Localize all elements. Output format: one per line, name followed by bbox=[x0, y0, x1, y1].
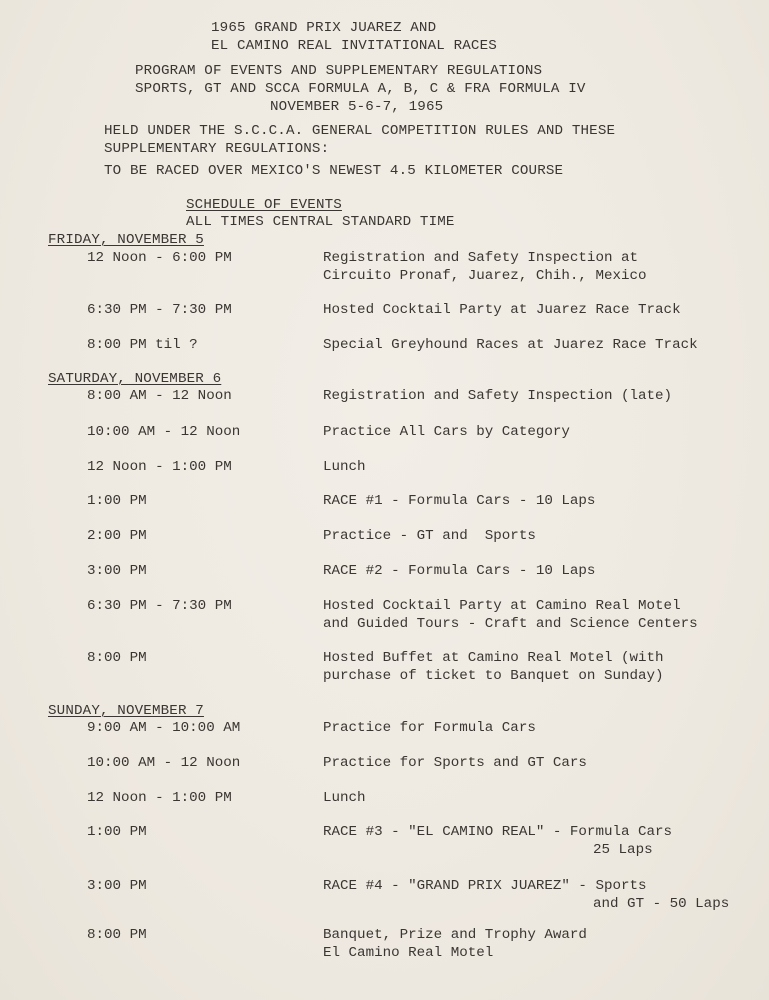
subtitle-line-1: PROGRAM OF EVENTS AND SUPPLEMENTARY REGU… bbox=[135, 63, 542, 80]
event-description: Hosted Cocktail Party at Camino Real Mot… bbox=[323, 598, 698, 633]
event-description-line: Lunch bbox=[323, 459, 366, 477]
event-time: 12 Noon - 1:00 PM bbox=[87, 459, 232, 476]
event-description: Registration and Safety Inspection (late… bbox=[323, 388, 672, 406]
rules-line-2: SUPPLEMENTARY REGULATIONS: bbox=[104, 141, 329, 158]
timezone-note: ALL TIMES CENTRAL STANDARD TIME bbox=[186, 214, 455, 231]
event-description-line: Hosted Cocktail Party at Camino Real Mot… bbox=[323, 598, 698, 616]
event-time: 8:00 PM bbox=[87, 650, 147, 667]
event-description: Practice for Formula Cars bbox=[323, 720, 536, 738]
event-description-line: and GT - 50 Laps bbox=[323, 896, 729, 914]
event-description: RACE #4 - "GRAND PRIX JUAREZ" - Sportsan… bbox=[323, 878, 729, 913]
rules-line-1: HELD UNDER THE S.C.C.A. GENERAL COMPETIT… bbox=[104, 123, 615, 140]
event-time: 6:30 PM - 7:30 PM bbox=[87, 598, 232, 615]
event-dates: NOVEMBER 5-6-7, 1965 bbox=[270, 99, 443, 116]
event-time: 3:00 PM bbox=[87, 878, 147, 895]
event-description-line: Lunch bbox=[323, 790, 366, 808]
event-time: 10:00 AM - 12 Noon bbox=[87, 424, 240, 441]
event-description: Special Greyhound Races at Juarez Race T… bbox=[323, 337, 698, 355]
event-description: RACE #1 - Formula Cars - 10 Laps bbox=[323, 493, 595, 511]
day-heading: SATURDAY, NOVEMBER 6 bbox=[48, 371, 221, 388]
event-time: 1:00 PM bbox=[87, 493, 147, 510]
event-description: Practice for Sports and GT Cars bbox=[323, 755, 587, 773]
event-description-line: RACE #4 - "GRAND PRIX JUAREZ" - Sports bbox=[323, 878, 729, 896]
event-time: 2:00 PM bbox=[87, 528, 147, 545]
event-description: Lunch bbox=[323, 459, 366, 477]
day-heading: SUNDAY, NOVEMBER 7 bbox=[48, 703, 204, 720]
event-description-line: Practice - GT and Sports bbox=[323, 528, 536, 546]
event-time: 9:00 AM - 10:00 AM bbox=[87, 720, 240, 737]
event-description: Hosted Buffet at Camino Real Motel (with… bbox=[323, 650, 664, 685]
event-description: Practice - GT and Sports bbox=[323, 528, 536, 546]
event-time: 1:00 PM bbox=[87, 824, 147, 841]
event-time: 6:30 PM - 7:30 PM bbox=[87, 302, 232, 319]
event-description-line: El Camino Real Motel bbox=[323, 945, 587, 963]
event-description-line: RACE #1 - Formula Cars - 10 Laps bbox=[323, 493, 595, 511]
event-time: 8:00 PM bbox=[87, 927, 147, 944]
event-time: 12 Noon - 6:00 PM bbox=[87, 250, 232, 267]
event-description-line: Hosted Cocktail Party at Juarez Race Tra… bbox=[323, 302, 681, 320]
event-description-line: RACE #2 - Formula Cars - 10 Laps bbox=[323, 563, 595, 581]
event-description-line: Practice for Formula Cars bbox=[323, 720, 536, 738]
course-statement: TO BE RACED OVER MEXICO'S NEWEST 4.5 KIL… bbox=[104, 163, 563, 180]
event-description: Lunch bbox=[323, 790, 366, 808]
event-description-line: Special Greyhound Races at Juarez Race T… bbox=[323, 337, 698, 355]
event-description-line: purchase of ticket to Banquet on Sunday) bbox=[323, 668, 664, 686]
event-description-line: Registration and Safety Inspection at bbox=[323, 250, 647, 268]
event-description-line: Circuito Pronaf, Juarez, Chih., Mexico bbox=[323, 268, 647, 286]
event-description: Registration and Safety Inspection atCir… bbox=[323, 250, 647, 285]
event-description-line: and Guided Tours - Craft and Science Cen… bbox=[323, 616, 698, 634]
event-description-line: Banquet, Prize and Trophy Award bbox=[323, 927, 587, 945]
title-line-1: 1965 GRAND PRIX JUAREZ AND bbox=[211, 20, 436, 37]
event-description-line: Hosted Buffet at Camino Real Motel (with bbox=[323, 650, 664, 668]
day-heading: FRIDAY, NOVEMBER 5 bbox=[48, 232, 204, 249]
event-description-line: Practice for Sports and GT Cars bbox=[323, 755, 587, 773]
event-description-line: 25 Laps bbox=[323, 842, 672, 860]
event-description: Practice All Cars by Category bbox=[323, 424, 570, 442]
event-description: RACE #2 - Formula Cars - 10 Laps bbox=[323, 563, 595, 581]
schedule-heading: SCHEDULE OF EVENTS bbox=[186, 197, 342, 214]
event-time: 10:00 AM - 12 Noon bbox=[87, 755, 240, 772]
event-description: RACE #3 - "EL CAMINO REAL" - Formula Car… bbox=[323, 824, 672, 859]
event-description-line: Registration and Safety Inspection (late… bbox=[323, 388, 672, 406]
event-description-line: Practice All Cars by Category bbox=[323, 424, 570, 442]
event-description: Banquet, Prize and Trophy AwardEl Camino… bbox=[323, 927, 587, 962]
event-time: 8:00 AM - 12 Noon bbox=[87, 388, 232, 405]
document-page: 1965 GRAND PRIX JUAREZ AND EL CAMINO REA… bbox=[0, 0, 769, 1000]
title-line-2: EL CAMINO REAL INVITATIONAL RACES bbox=[211, 38, 497, 55]
event-description: Hosted Cocktail Party at Juarez Race Tra… bbox=[323, 302, 681, 320]
event-time: 12 Noon - 1:00 PM bbox=[87, 790, 232, 807]
event-time: 3:00 PM bbox=[87, 563, 147, 580]
event-description-line: RACE #3 - "EL CAMINO REAL" - Formula Car… bbox=[323, 824, 672, 842]
subtitle-line-2: SPORTS, GT AND SCCA FORMULA A, B, C & FR… bbox=[135, 81, 586, 98]
event-time: 8:00 PM til ? bbox=[87, 337, 198, 354]
